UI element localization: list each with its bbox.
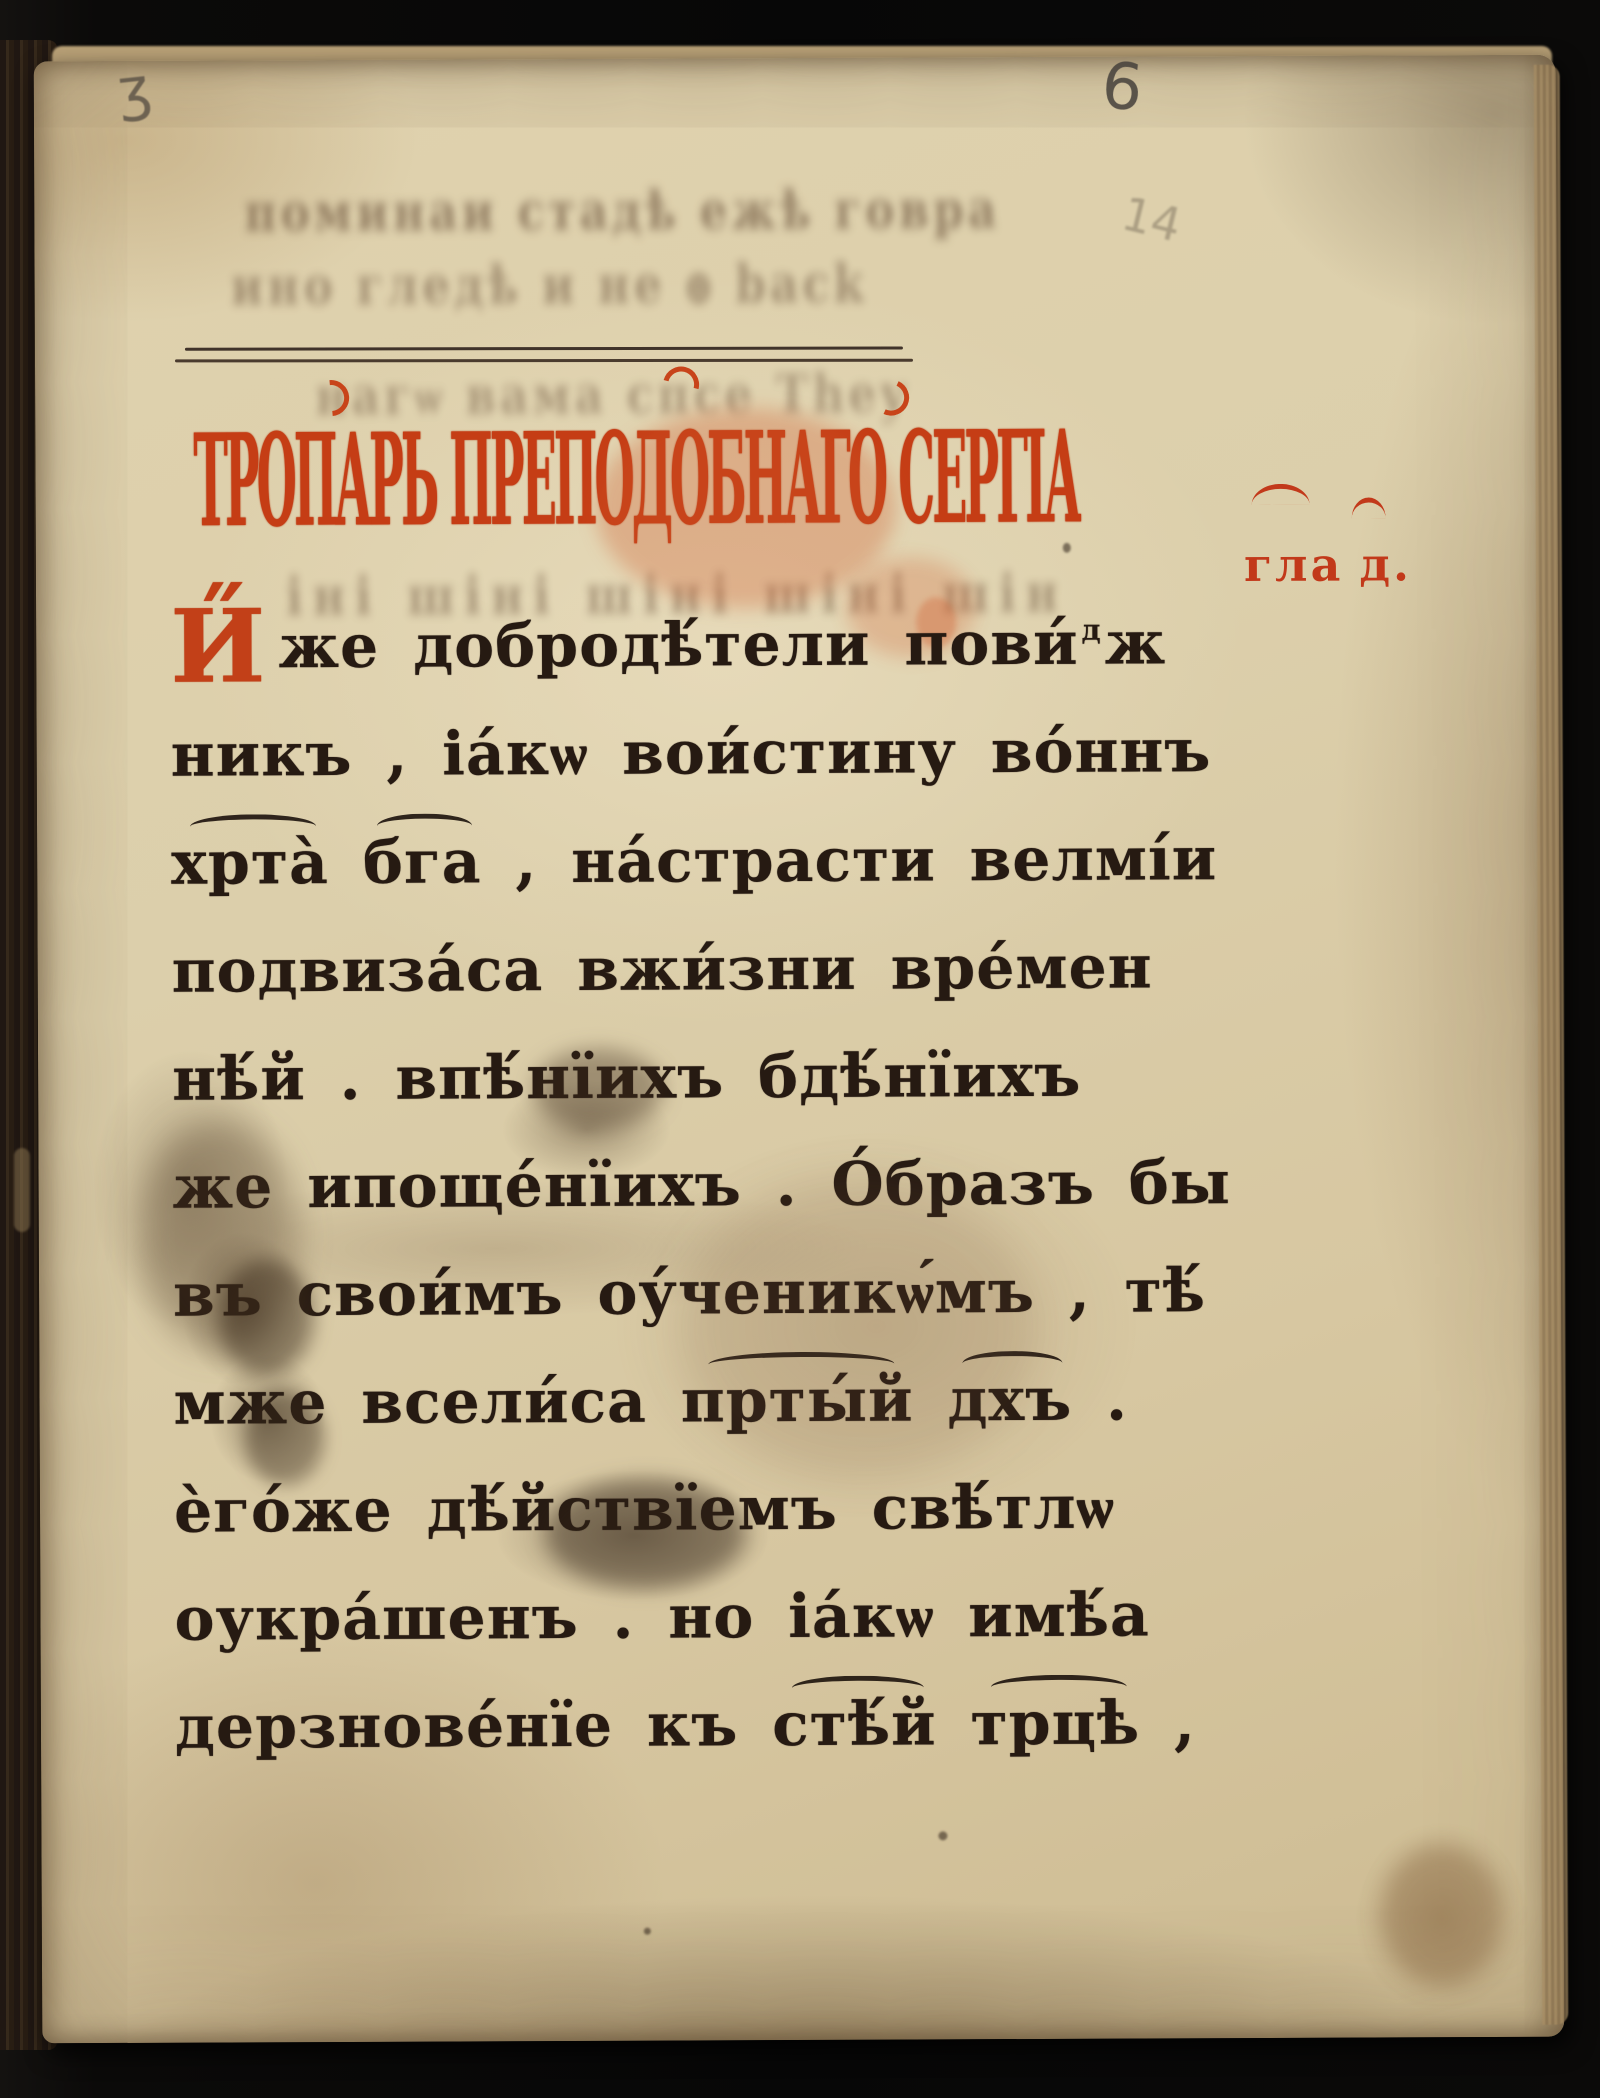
- text-line: хрта̀ бга , на́страсти велмі́и: [171, 825, 1091, 937]
- text-run: .: [1072, 1365, 1128, 1435]
- ink-speck: [1063, 543, 1071, 553]
- glas-number: д.: [1359, 537, 1412, 591]
- text-run: [936, 1689, 970, 1759]
- text-run: оукра́шенъ . но іа́кѡ имѣ́а: [174, 1580, 1150, 1654]
- glas-label: гла: [1244, 538, 1344, 592]
- text-line: никъ , іа́кѡ вои́стину во́ннъ: [171, 717, 1091, 829]
- foxing-stain: [1381, 1845, 1502, 1986]
- text-line: дерзнове́нїе къ стѣ́й трцѣ ,: [175, 1689, 1095, 1801]
- text-run: ж: [1105, 608, 1167, 678]
- ink-stain: [545, 1478, 745, 1589]
- bleedthrough-row: поминаи стадѣ ежѣ говра: [244, 181, 1000, 244]
- text-run: [329, 828, 363, 898]
- text-line: И̋же добродѣ́тели пови́дж: [170, 609, 1090, 721]
- text-line: оукра́шенъ . но іа́кѡ имѣ́а: [174, 1581, 1094, 1693]
- binding-stitch: [14, 1148, 30, 1232]
- abbreviated-word-with-titlo: стѣ́й: [772, 1689, 937, 1760]
- double-rule-top: [185, 346, 903, 350]
- superscript-letter: д: [1081, 612, 1101, 646]
- red-ink-smudge: [595, 408, 896, 609]
- ink-stain: [244, 1390, 324, 1485]
- ink-stain: [533, 1049, 663, 1130]
- manuscript-page: ʒ 6 14 поминаи стадѣ ежѣ говра ино гледѣ…: [34, 55, 1565, 2044]
- ink-speck: [938, 1831, 947, 1840]
- text-run: , на́страсти велмі́и: [481, 824, 1217, 897]
- margin-foliation-mark: 14: [1117, 186, 1187, 252]
- text-run: же добродѣ́тели пови́: [278, 609, 1078, 682]
- drop-initial: И̋: [170, 586, 267, 705]
- bleedthrough-row: ино гледѣ и не ꚛ back: [231, 246, 868, 320]
- text-run: никъ , іа́кѡ вои́стину во́ннъ: [171, 716, 1212, 791]
- glas-rubric: глад.: [1244, 537, 1412, 592]
- text-line: подвиза́са вжи́зни вре́мен: [172, 933, 1092, 1045]
- text-run: дерзнове́нїе къ: [175, 1690, 773, 1763]
- text-run: подвиза́са вжи́зни вре́мен: [172, 932, 1153, 1006]
- pencil-corner-mark: ʒ: [114, 53, 155, 124]
- ink-speck: [644, 1928, 651, 1935]
- abbreviated-word-with-titlo: трцѣ: [970, 1689, 1140, 1760]
- abbreviated-word-with-titlo: бга: [363, 827, 482, 898]
- foxing-stain: [679, 1177, 1040, 1479]
- double-rule-bottom: [175, 359, 913, 363]
- abbreviated-word-with-titlo: хрта̀: [171, 828, 329, 899]
- photo-background: ʒ 6 14 поминаи стадѣ ежѣ говра ино гледѣ…: [0, 0, 1600, 2098]
- text-run: же ипоще́нїихъ . О́бразъ бы: [172, 1148, 1231, 1223]
- ink-stain: [219, 1260, 315, 1375]
- text-run: ,: [1140, 1688, 1196, 1758]
- titlo-mark: [1352, 497, 1386, 518]
- page-edge-right: [1534, 65, 1569, 2025]
- titlo-mark: [1252, 484, 1310, 505]
- folio-number: 6: [1098, 49, 1146, 127]
